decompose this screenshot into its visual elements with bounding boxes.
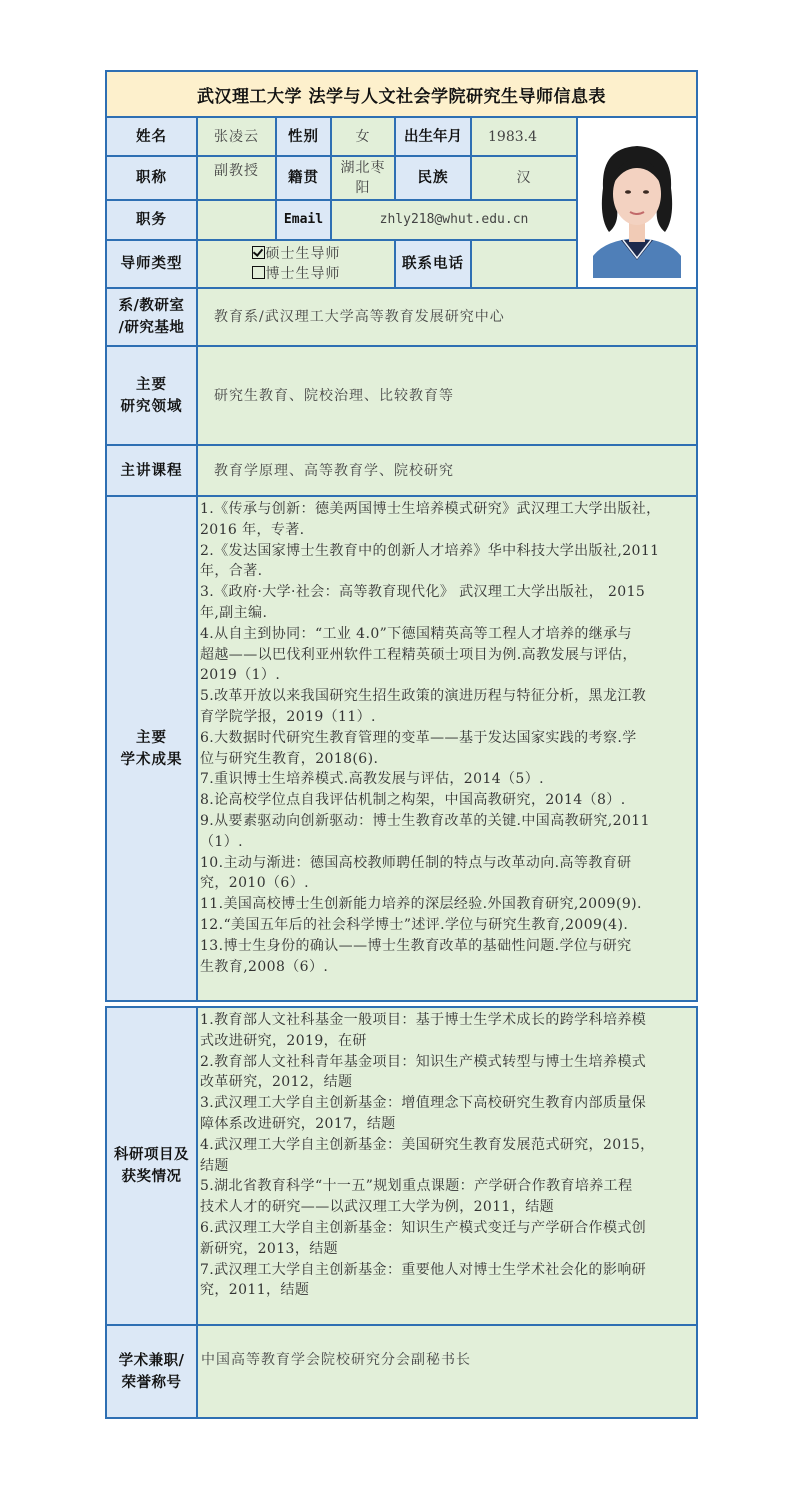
honors-label: 学术兼职/ 荣誉称号 <box>106 1325 197 1418</box>
page-title: 武汉理工大学 法学与人文社会学院研究生导师信息表 <box>106 71 697 117</box>
department-value: 教育系/武汉理工大学高等教育发展研究中心 <box>197 288 697 346</box>
name-value: 张凌云 <box>197 117 276 156</box>
ethnic-label: 民族 <box>395 156 471 200</box>
achievement-line: 13.博士生身份的确认——博士生教育改革的基础性问题.学位与研究 <box>200 936 696 957</box>
achievement-line: 2016 年，专著. <box>200 520 696 541</box>
photo-cell <box>577 117 697 288</box>
courses-value: 教育学原理、高等教育学、院校研究 <box>197 445 697 496</box>
birth-label: 出生年月 <box>395 117 471 156</box>
unchecked-checkbox-icon[interactable] <box>252 266 265 279</box>
project-line: 7.武汉理工大学自主创新基金：重要他人对博士生学术社会化的影响研 <box>200 1260 696 1281</box>
research-field-value: 研究生教育、院校治理、比较教育等 <box>197 346 697 445</box>
achievement-line: 4.从自主到协同：“工业 4.0”下德国精英高等工程人才培养的继承与 <box>200 624 696 645</box>
achievement-line: 究，2010（6）. <box>200 873 696 894</box>
achievement-line: 5.改革开放以来我国研究生招生政策的演进历程与特征分析，黑龙江教 <box>200 686 696 707</box>
portrait-photo-icon <box>585 128 689 278</box>
project-line: 1.教育部人文社科基金一般项目：基于博士生学术成长的跨学科培养模 <box>200 1010 696 1031</box>
achievement-line: 年,副主编. <box>200 603 696 624</box>
achievement-line: 9.从要素驱动向创新驱动：博士生教育改革的关键.中国高教研究,2011 <box>200 811 696 832</box>
title-label: 职称 <box>106 156 197 200</box>
gender-value: 女 <box>331 117 395 156</box>
achievement-line: （1）. <box>200 832 696 853</box>
position-value <box>197 200 276 240</box>
achievement-line: 位与研究生教育，2018(6). <box>200 749 696 770</box>
projects-list: 1.教育部人文社科基金一般项目：基于博士生学术成长的跨学科培养模 式改进研究，2… <box>197 1007 697 1325</box>
native-label: 籍贯 <box>276 156 331 200</box>
mentor-type-options: 硕士生导师 博士生导师 <box>197 240 395 288</box>
project-line: 障体系改进研究，2017，结题 <box>200 1114 696 1135</box>
mentor-type-label: 导师类型 <box>106 240 197 288</box>
name-label: 姓名 <box>106 117 197 156</box>
achievement-line: 1.《传承与创新：德美两国博士生培养模式研究》武汉理工大学出版社， <box>200 499 696 520</box>
mentor-info-sheet: 武汉理工大学 法学与人文社会学院研究生导师信息表 姓名 张凌云 性别 女 出生年… <box>105 70 696 1419</box>
title-value: 副教授 <box>197 156 276 200</box>
courses-label: 主讲课程 <box>106 445 197 496</box>
achievement-line: 8.论高校学位点自我评估机制之构架，中国高教研究，2014（8）. <box>200 790 696 811</box>
project-line: 式改进研究，2019，在研 <box>200 1031 696 1052</box>
project-line: 技术人才的研究——以武汉理工大学为例，2011，结题 <box>200 1197 696 1218</box>
project-line: 改革研究，2012，结题 <box>200 1072 696 1093</box>
achievement-line: 10.主动与渐进：德国高校教师聘任制的特点与改革动向.高等教育研 <box>200 853 696 874</box>
checked-checkbox-icon[interactable] <box>252 246 265 259</box>
position-label: 职务 <box>106 200 197 240</box>
gender-label: 性别 <box>276 117 331 156</box>
email-label: Email <box>276 200 331 240</box>
native-value: 湖北枣阳 <box>331 156 395 200</box>
project-line: 4.武汉理工大学自主创新基金：美国研究生教育发展范式研究，2015， <box>200 1135 696 1156</box>
project-line: 5.湖北省教育科学“十一五”规划重点课题：产学研合作教育培养工程 <box>200 1176 696 1197</box>
email-value: zhly218@whut.edu.cn <box>331 200 577 240</box>
project-line: 6.武汉理工大学自主创新基金：知识生产模式变迁与产学研合作模式创 <box>200 1218 696 1239</box>
achievements-list: 1.《传承与创新：德美两国博士生培养模式研究》武汉理工大学出版社， 2016 年… <box>197 496 697 1001</box>
department-label: 系/教研室 /研究基地 <box>106 288 197 346</box>
achievement-line: 超越——以巴伐利亚州软件工程精英硕士项目为例.高教发展与评估， <box>200 645 696 666</box>
project-line: 新研究，2013，结题 <box>200 1239 696 1260</box>
achievement-line: 3.《政府·大学·社会：高等教育现代化》 武汉理工大学出版社， 2015 <box>200 582 696 603</box>
achievement-line: 12.“美国五年后的社会科学博士”述评.学位与研究生教育,2009(4). <box>200 915 696 936</box>
achievement-line: 7.重识博士生培养模式.高教发展与评估，2014（5）. <box>200 769 696 790</box>
project-line: 2.教育部人文社科青年基金项目：知识生产模式转型与博士生培养模式 <box>200 1052 696 1073</box>
phone-value <box>471 240 577 288</box>
master-mentor-option[interactable]: 硕士生导师 <box>252 246 341 262</box>
doctoral-mentor-option[interactable]: 博士生导师 <box>252 266 341 282</box>
ethnic-value: 汉 <box>471 156 577 200</box>
project-line: 结题 <box>200 1156 696 1177</box>
achievement-line: 年，合著. <box>200 561 696 582</box>
research-field-label: 主要 研究领域 <box>106 346 197 445</box>
achievement-line: 生教育,2008（6）. <box>200 957 696 978</box>
honors-value: 中国高等教育学会院校研究分会副秘书长 <box>197 1325 697 1418</box>
birth-value: 1983.4 <box>471 117 577 156</box>
achievement-line: 6.大数据时代研究生教育管理的变革——基于发达国家实践的考察.学 <box>200 728 696 749</box>
project-line: 3.武汉理工大学自主创新基金：增值理念下高校研究生教育内部质量保 <box>200 1093 696 1114</box>
achievement-line: 育学院学报，2019（11）. <box>200 707 696 728</box>
achievement-line: 2019（1）. <box>200 665 696 686</box>
achievement-line: 11.美国高校博士生创新能力培养的深层经验.外国教育研究,2009(9). <box>200 894 696 915</box>
achievements-label: 主要 学术成果 <box>106 496 197 1001</box>
achievement-line: 2.《发达国家博士生教育中的创新人才培养》华中科技大学出版社,2011 <box>200 541 696 562</box>
info-table-top: 武汉理工大学 法学与人文社会学院研究生导师信息表 姓名 张凌云 性别 女 出生年… <box>105 70 698 1002</box>
phone-label: 联系电话 <box>395 240 471 288</box>
info-table-bottom: 科研项目及 获奖情况 1.教育部人文社科基金一般项目：基于博士生学术成长的跨学科… <box>105 1006 698 1419</box>
project-line: 究，2011，结题 <box>200 1280 696 1301</box>
projects-label: 科研项目及 获奖情况 <box>106 1007 197 1325</box>
